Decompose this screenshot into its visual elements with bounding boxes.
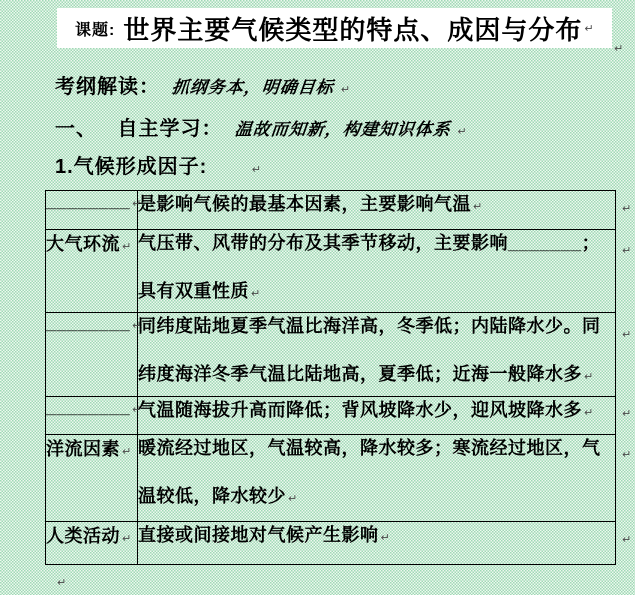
description-cell: 是影响气候的最基本因素，主要影响气温↵: [138, 191, 616, 230]
heading-label: 自主学习：: [117, 118, 222, 140]
table-row: ________↵ 气温随海拔升高而降低；背风坡降水少，迎风坡降水多↵: [46, 397, 616, 435]
heading-self-study: 一、 自主学习： 温故而知新，构建知识体系 ↵: [55, 112, 467, 141]
return-mark-icon: ↵: [381, 531, 391, 544]
table-row: ________↵ 同纬度陆地夏季气温比海洋高，冬季低；内陆降水少。同 纬度海洋…: [46, 313, 616, 397]
title-box: 课题: 世界主要气候类型的特点、成因与分布 ↵: [57, 8, 612, 48]
factor-label: 洋流因素: [46, 439, 120, 459]
description-text: 气温随海拔升高而降低；背风坡降水少，迎风坡降水多: [138, 400, 582, 420]
return-mark-icon: ↵: [614, 42, 623, 55]
return-mark-icon: ↵: [251, 287, 261, 300]
description-text: 暖流经过地区，气温较高，降水较多；寒流经过地区，气: [138, 438, 601, 458]
fill-in-blank: ________: [46, 397, 130, 417]
return-mark-icon: ↵: [584, 406, 594, 419]
return-mark-icon: ↵: [122, 240, 132, 253]
factor-label: 大气环流: [46, 234, 120, 254]
description-cell: 同纬度陆地夏季气温比海洋高，冬季低；内陆降水少。同 纬度海洋冬季气温比陆地高，夏…: [138, 313, 616, 397]
return-mark-icon: ↵: [584, 370, 594, 383]
description-text: 纬度海洋冬季气温比陆地高，夏季低；近海一般降水多: [138, 364, 582, 384]
heading-note: 温故而知新，构建知识体系: [234, 115, 453, 140]
return-mark-icon: ↵: [622, 328, 631, 341]
factor-label: 人类活动: [46, 526, 120, 546]
description-text: 具有双重性质: [138, 281, 249, 301]
description-text: 是影响气候的最基本因素，主要影响气温: [138, 194, 471, 214]
heading-exam-outline: 考纲解读： 抓纲务本，明确目标 ↵: [55, 70, 350, 99]
description-cell: 气温随海拔升高而降低；背风坡降水少，迎风坡降水多↵: [138, 397, 616, 435]
description-text: 温较低，降水较少: [138, 486, 286, 506]
return-mark-icon: ↵: [622, 202, 631, 215]
heading-label: 考纲解读：: [55, 76, 160, 98]
fill-in-blank: ________: [46, 191, 130, 211]
factor-cell-blank: ________↵: [46, 191, 138, 230]
return-mark-icon: ↵: [288, 492, 298, 505]
return-mark-icon: ↵: [622, 533, 631, 546]
factor-cell-ocean-currents: 洋流因素↵: [46, 435, 138, 522]
return-mark-icon: ↵: [341, 83, 350, 96]
return-mark-icon: ↵: [122, 445, 132, 458]
return-mark-icon: ↵: [622, 244, 631, 257]
heading-number: 一、: [55, 118, 97, 140]
return-mark-icon: ↵: [457, 125, 466, 138]
description-text: 同纬度陆地夏季气温比海洋高，冬季低；内陆降水少。同: [138, 316, 601, 336]
worksheet-page: 课题: 世界主要气候类型的特点、成因与分布 ↵ ↵ 考纲解读： 抓纲务本，明确目…: [0, 0, 635, 595]
description-text: 气压带、风带的分布及其季节移动，主要影响_______；: [138, 233, 600, 253]
description-text: 直接或间接地对气候产生影响: [138, 525, 379, 545]
description-cell: 暖流经过地区，气温较高，降水较多；寒流经过地区，气 温较低，降水较少↵: [138, 435, 616, 522]
title-prefix: 课题:: [75, 17, 115, 40]
return-mark-icon: ↵: [122, 532, 132, 545]
page-title: 世界主要气候类型的特点、成因与分布: [123, 10, 582, 47]
return-mark-icon: ↵: [622, 448, 631, 461]
factor-cell-human-activity: 人类活动↵: [46, 522, 138, 565]
table-row: 大气环流↵ 气压带、风带的分布及其季节移动，主要影响_______； 具有双重性…: [46, 230, 616, 313]
fill-in-blank: ________: [46, 313, 130, 333]
description-cell: 直接或间接地对气候产生影响↵: [138, 522, 616, 565]
table-row: 洋流因素↵ 暖流经过地区，气温较高，降水较多；寒流经过地区，气 温较低，降水较少…: [46, 435, 616, 522]
return-mark-icon: ↵: [252, 163, 261, 176]
heading-climate-factors: 1.气候形成因子: ↵: [55, 150, 261, 179]
factor-cell-atmospheric-circulation: 大气环流↵: [46, 230, 138, 313]
description-cell: 气压带、风带的分布及其季节移动，主要影响_______； 具有双重性质↵: [138, 230, 616, 313]
return-mark-icon: ↵: [473, 200, 483, 213]
factor-cell-blank: ________↵: [46, 313, 138, 397]
factor-cell-blank: ________↵: [46, 397, 138, 435]
return-mark-icon: ↵: [584, 22, 593, 35]
heading-note: 抓纲务本，明确目标: [171, 73, 336, 98]
heading-label: 1.气候形成因子:: [55, 156, 207, 178]
climate-factors-table: ________↵ 是影响气候的最基本因素，主要影响气温↵ 大气环流↵ 气压带、…: [45, 190, 616, 565]
table-row: ________↵ 是影响气候的最基本因素，主要影响气温↵: [46, 191, 616, 230]
table-row: 人类活动↵ 直接或间接地对气候产生影响↵: [46, 522, 616, 565]
return-mark-icon: ↵: [57, 576, 66, 589]
return-mark-icon: ↵: [622, 407, 631, 420]
